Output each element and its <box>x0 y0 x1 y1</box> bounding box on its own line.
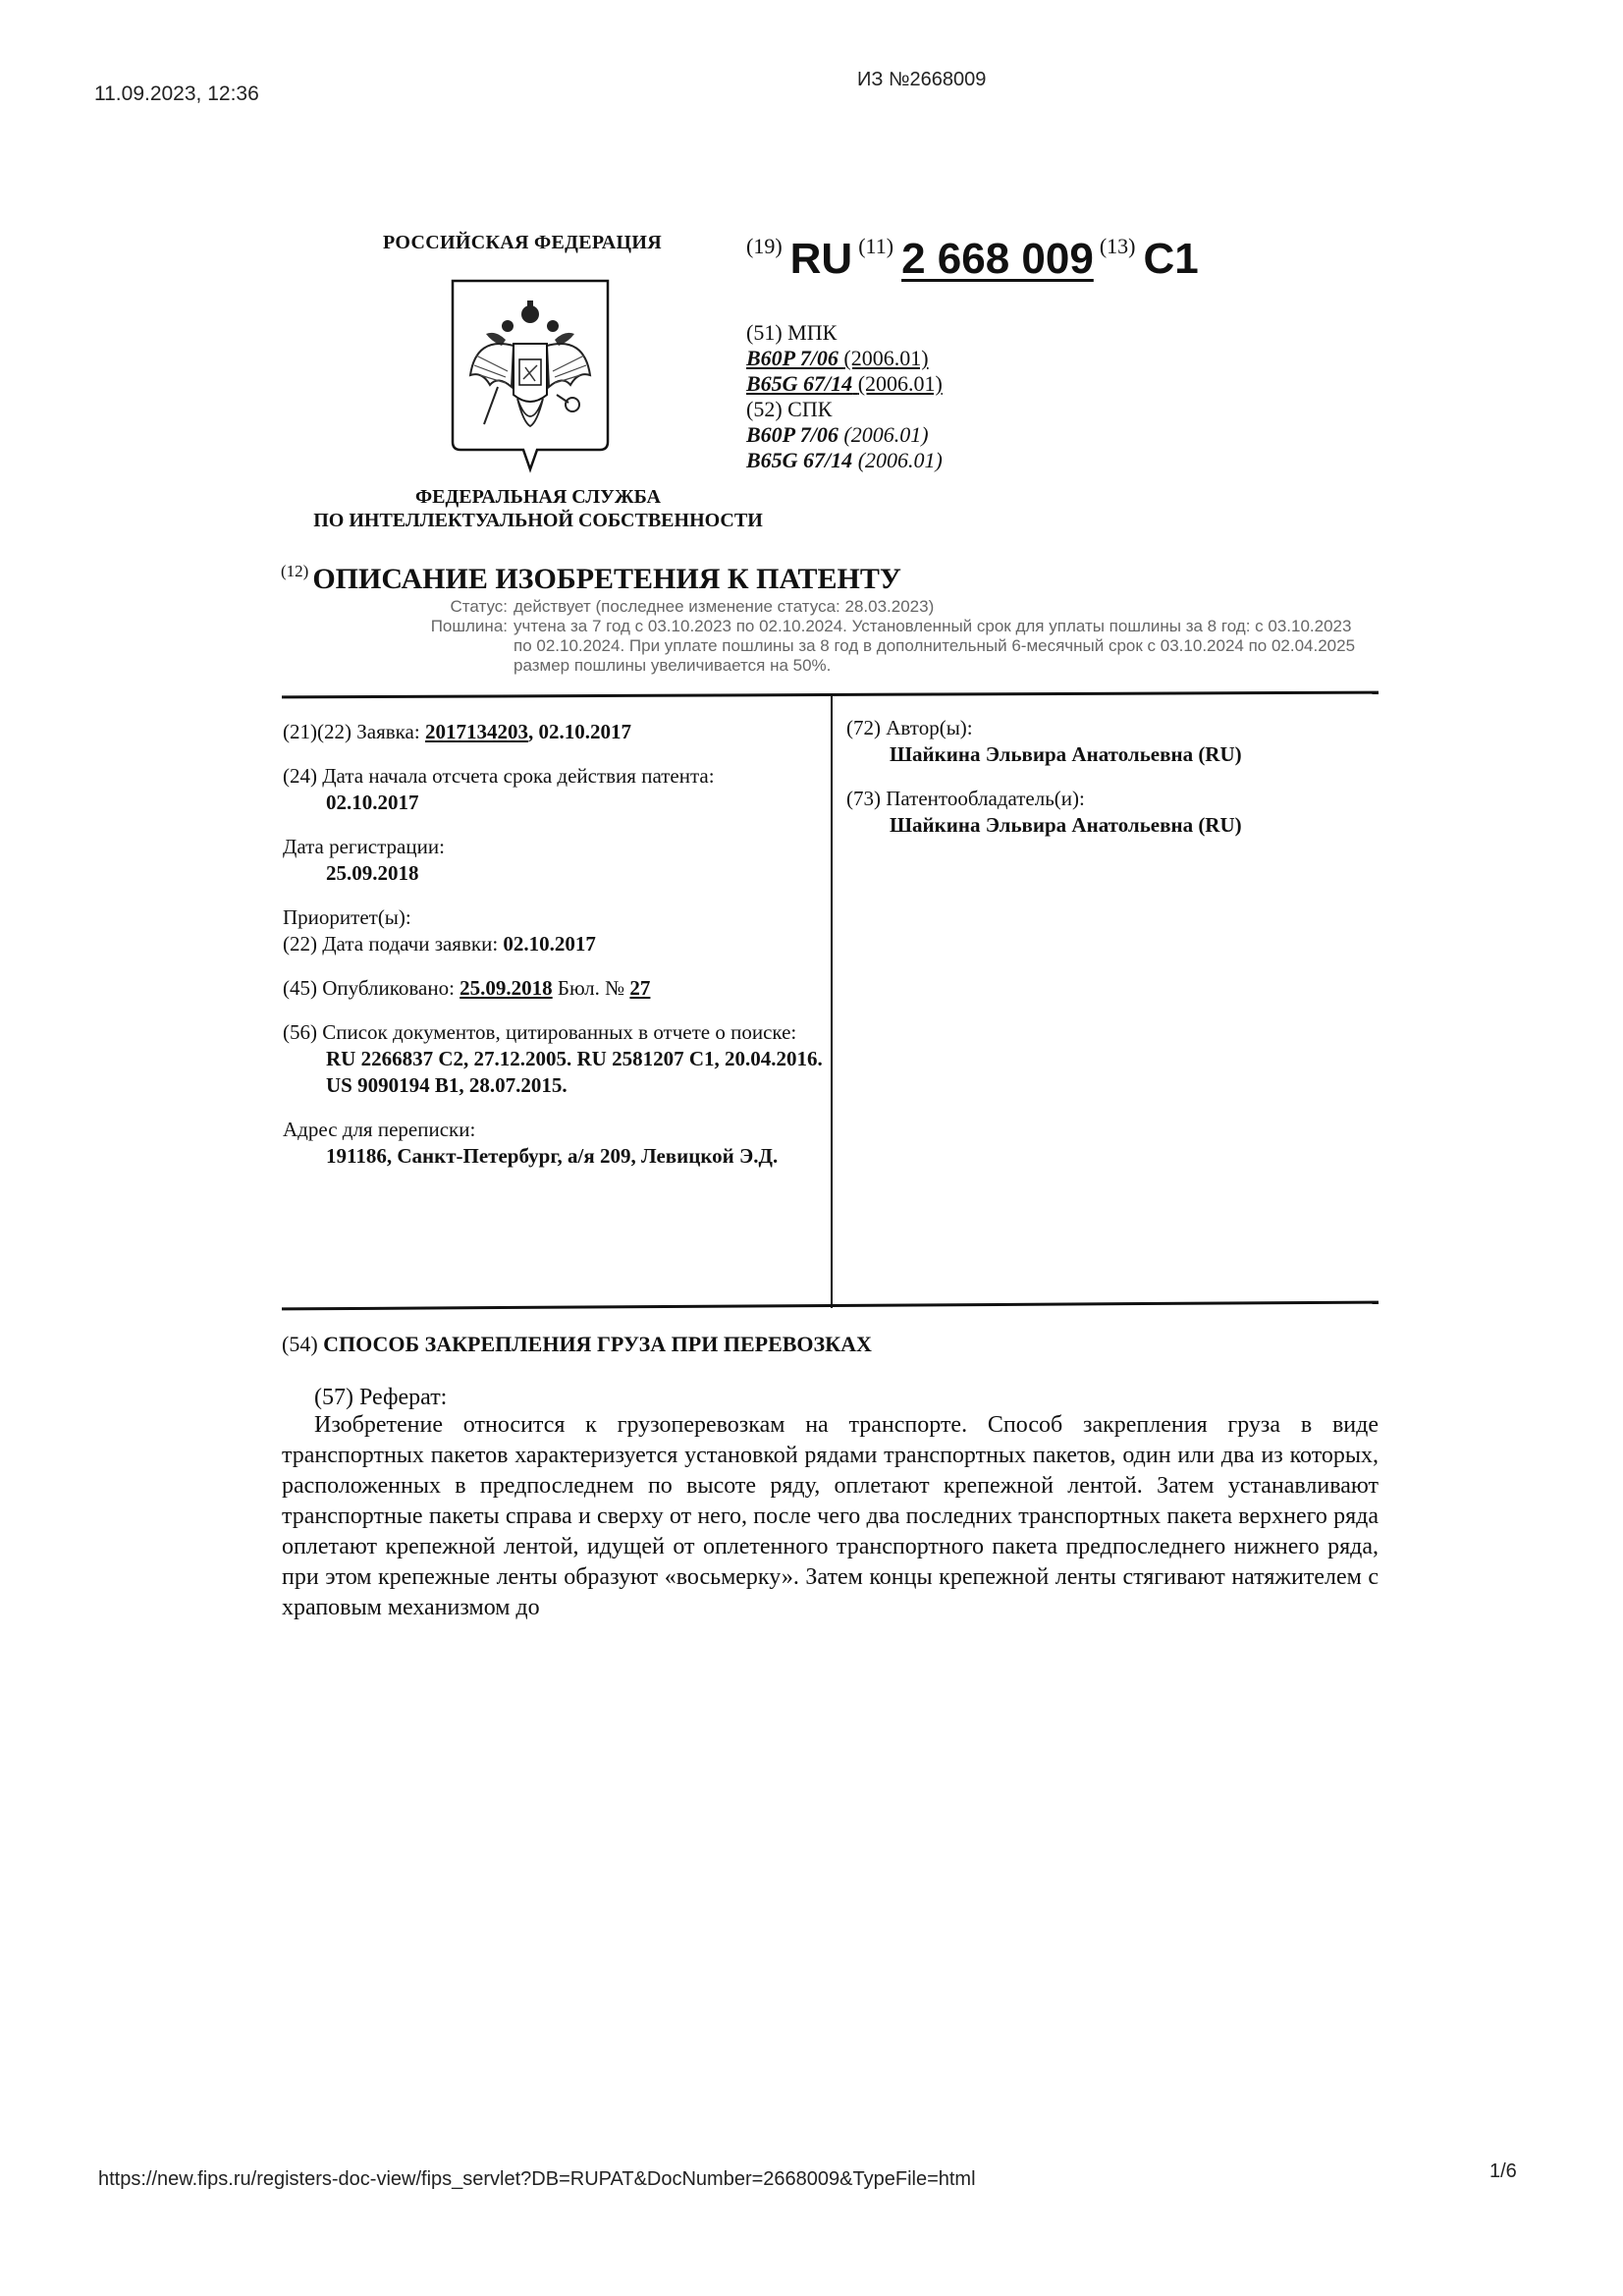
cpc-version: (2006.01) <box>858 448 943 472</box>
cpc-label: (52) СПК <box>746 397 943 422</box>
cited-documents-label: (56) Список документов, цитированных в о… <box>283 1020 796 1044</box>
application-label: (21)(22) Заявка: <box>283 720 420 743</box>
ipc-version: (2006.01) <box>843 346 928 370</box>
cpc-code: B60P 7/06 <box>746 422 839 447</box>
published-field: (45) Опубликовано: 25.09.2018 Бюл. № 27 <box>283 975 823 1002</box>
holders-value: Шайкина Эльвира Анатольевна (RU) <box>846 812 1377 839</box>
heading-title: ОПИСАНИЕ ИЗОБРЕТЕНИЯ К ПАТЕНТУ <box>312 563 901 595</box>
country-name: РОССИЙСКАЯ ФЕДЕРАЦИЯ <box>383 232 662 254</box>
column-divider <box>831 695 833 1308</box>
abstract-text: Изобретение относится к грузоперевозкам … <box>282 1410 1379 1623</box>
inid-code-13: (13) <box>1100 234 1136 259</box>
priority-field: Приоритет(ы): (22) Дата подачи заявки: 0… <box>283 904 823 957</box>
registration-field: Дата регистрации: 25.09.2018 <box>283 834 823 887</box>
holders-label: (73) Патентообладатель(и): <box>846 786 1377 812</box>
print-title: ИЗ №2668009 <box>857 69 986 91</box>
status-row: Статус: действует (последнее изменение с… <box>412 597 1360 617</box>
term-start-field: (24) Дата начала отсчета срока действия … <box>283 763 823 816</box>
bulletin-label: Бюл. № <box>558 976 624 1000</box>
fee-row: Пошлина: учтена за 7 год с 03.10.2023 по… <box>412 617 1360 676</box>
agency-line-2: ПО ИНТЕЛЛЕКТУАЛЬНОЙ СОБСТВЕННОСТИ <box>293 509 784 532</box>
ipc-code[interactable]: B60P 7/06 <box>746 346 839 370</box>
registration-value: 25.09.2018 <box>283 860 823 887</box>
cited-documents-field: (56) Список документов, цитированных в о… <box>283 1019 823 1099</box>
invention-title-text: СПОСОБ ЗАКРЕПЛЕНИЯ ГРУЗА ПРИ ПЕРЕВОЗКАХ <box>323 1332 872 1356</box>
term-start-value: 02.10.2017 <box>283 790 823 816</box>
ipc-entry[interactable]: B60P 7/06 (2006.01) <box>746 346 943 371</box>
authors-label: (72) Автор(ы): <box>846 715 1377 741</box>
application-number-link[interactable]: 2017134203 <box>425 720 528 743</box>
print-datetime: 11.09.2023, 12:36 <box>94 82 259 106</box>
ipc-version: (2006.01) <box>858 371 943 396</box>
kind-code: C1 <box>1143 238 1198 281</box>
abstract-heading: (57) Реферат: <box>314 1385 447 1411</box>
publication-number: (19) RU (11) 2 668 009 (13) C1 <box>746 230 1205 281</box>
cpc-code: B65G 67/14 <box>746 448 852 472</box>
page-number: 1/6 <box>1489 2160 1517 2183</box>
print-url: https://new.fips.ru/registers-doc-view/f… <box>98 2168 976 2191</box>
holders-field: (73) Патентообладатель(и): Шайкина Эльви… <box>846 786 1377 839</box>
country-code: RU <box>790 238 853 281</box>
cpc-entry: B60P 7/06 (2006.01) <box>746 422 943 448</box>
inid-code-11: (11) <box>858 234 893 259</box>
filing-date-value: 02.10.2017 <box>503 932 596 956</box>
published-label: (45) Опубликовано: <box>283 976 455 1000</box>
address-field: Адрес для переписки: 191186, Санкт-Петер… <box>283 1117 823 1170</box>
fee-label: Пошлина: <box>412 617 514 676</box>
registration-label: Дата регистрации: <box>283 834 823 860</box>
ipc-label: (51) МПК <box>746 320 943 346</box>
inid-code-19: (19) <box>746 234 783 259</box>
ipc-code[interactable]: B65G 67/14 <box>746 371 852 396</box>
inid-code-12: (12) <box>281 562 308 580</box>
ipc-entry[interactable]: B65G 67/14 (2006.01) <box>746 371 943 397</box>
address-value: 191186, Санкт-Петербург, а/я 209, Левицк… <box>283 1143 823 1170</box>
authors-value: Шайкина Эльвира Анатольевна (RU) <box>846 741 1377 768</box>
authors-field: (72) Автор(ы): Шайкина Эльвира Анатольев… <box>846 715 1377 768</box>
address-label: Адрес для переписки: <box>283 1117 823 1143</box>
cpc-entry: B65G 67/14 (2006.01) <box>746 448 943 473</box>
document-heading: (12)ОПИСАНИЕ ИЗОБРЕТЕНИЯ К ПАТЕНТУ <box>281 562 901 596</box>
fee-text: учтена за 7 год с 03.10.2023 по 02.10.20… <box>514 617 1360 676</box>
filing-date-label: (22) Дата подачи заявки: <box>283 932 498 956</box>
document-number: 2 668 009 <box>901 238 1094 281</box>
agency-name: ФЕДЕРАЛЬНАЯ СЛУЖБА ПО ИНТЕЛЛЕКТУАЛЬНОЙ С… <box>293 485 784 532</box>
classification-block: (51) МПК B60P 7/06 (2006.01) B65G 67/14 … <box>746 320 943 473</box>
agency-line-1: ФЕДЕРАЛЬНАЯ СЛУЖБА <box>293 485 784 509</box>
inid-code-54: (54) <box>282 1332 318 1356</box>
russian-coat-of-arms-icon <box>447 277 614 473</box>
application-field: (21)(22) Заявка: 2017134203, 02.10.2017 <box>283 719 823 745</box>
application-date: , 02.10.2017 <box>528 720 631 743</box>
term-start-label: (24) Дата начала отсчета срока действия … <box>283 763 823 790</box>
cpc-version: (2006.01) <box>843 422 928 447</box>
published-date-link[interactable]: 25.09.2018 <box>460 976 553 1000</box>
status-text: действует (последнее изменение статуса: … <box>514 597 1360 617</box>
status-label: Статус: <box>412 597 514 617</box>
bulletin-number-link[interactable]: 27 <box>629 976 650 1000</box>
biblio-right: (72) Автор(ы): Шайкина Эльвира Анатольев… <box>846 715 1377 856</box>
priority-label: Приоритет(ы): <box>283 904 823 931</box>
invention-title: (54) СПОСОБ ЗАКРЕПЛЕНИЯ ГРУЗА ПРИ ПЕРЕВО… <box>282 1332 872 1357</box>
biblio-left: (21)(22) Заявка: 2017134203, 02.10.2017 … <box>283 719 823 1187</box>
cited-documents-value: RU 2266837 C2, 27.12.2005. RU 2581207 C1… <box>326 1047 823 1097</box>
status-block: Статус: действует (последнее изменение с… <box>412 597 1360 676</box>
